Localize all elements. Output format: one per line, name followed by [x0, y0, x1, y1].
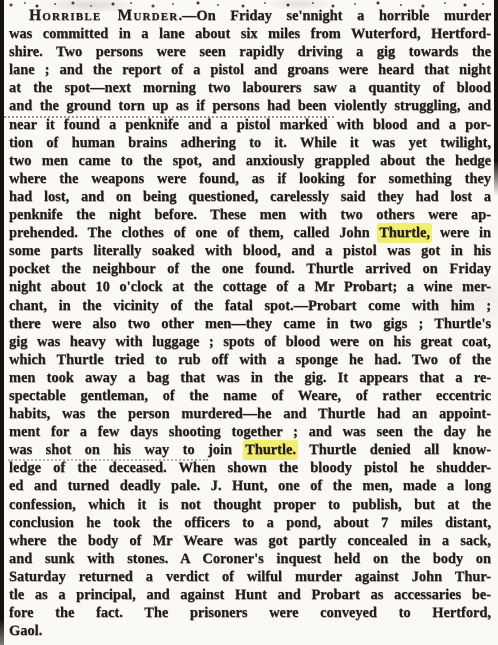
article-line: was shot on his way to join Thurtle. Thu… — [9, 441, 491, 459]
article-line: conclusion he took the officers to a pon… — [9, 514, 491, 532]
article-line: night about 10 o'clock at the cottage of… — [9, 278, 491, 296]
article-text: night about 10 o'clock at the cottage of… — [9, 279, 491, 295]
article-heading: Horrible Murder — [29, 7, 178, 24]
article-text: was shot on his way to join — [9, 442, 245, 458]
article-text: was committed in a lane about six miles … — [9, 26, 491, 42]
article-text: two men came to the spot, and anxiously … — [9, 153, 491, 169]
article-line: Horrible Murder.—On Friday se'nnight a h… — [9, 7, 491, 25]
article-body: Horrible Murder.—On Friday se'nnight a h… — [9, 7, 491, 640]
article-line: lane ; and the report of a pistol and gr… — [9, 61, 491, 79]
article-text: there were also two other men—they came … — [9, 316, 491, 332]
article-line: had lost, and on being questioned, carel… — [9, 188, 491, 206]
article-text: tion of human brains adhering to it. Whi… — [9, 135, 491, 151]
article-text: some parts literally soaked with blood, … — [9, 243, 491, 259]
article-text: men took away a bag that was in the gig.… — [9, 370, 491, 386]
article-text: ledge of the deceased. When shown the bl… — [9, 460, 491, 476]
article-text: confession, which it is not thought prop… — [9, 497, 491, 513]
article-text: near it found a penknife and a pistol ma… — [9, 117, 491, 133]
article-line: tion of human brains adhering to it. Whi… — [9, 134, 491, 152]
article-line: at the spot—next morning two labourers s… — [9, 79, 491, 97]
article-line: ledge of the deceased. When shown the bl… — [9, 459, 491, 477]
article-line: and sunk with stones. A Coroner's inques… — [9, 550, 491, 568]
article-line: some parts literally soaked with blood, … — [9, 242, 491, 260]
article-line: Gaol. — [9, 622, 491, 640]
left-column-rule — [0, 0, 4, 645]
article-line: near it found a penknife and a pistol ma… — [9, 116, 491, 134]
article-text: tle as a principal, and against Hunt and… — [9, 587, 491, 603]
article-line: two men came to the spot, and anxiously … — [9, 152, 491, 170]
article-line: which Thurtle tried to rub off with a sp… — [9, 351, 491, 369]
right-column-rule — [494, 0, 498, 196]
article-text: shire. Two persons were seen rapidly dri… — [9, 44, 491, 60]
article-text: Gaol. — [9, 623, 42, 639]
article-text: and sunk with stones. A Coroner's inques… — [9, 551, 491, 567]
article-line: ed and turned deadly pale. J. Hunt, one … — [9, 477, 491, 495]
article-line: where the body of Mr Weare was got partl… — [9, 532, 491, 550]
article-text: ed and turned deadly pale. J. Hunt, one … — [9, 478, 491, 494]
article-line: Saturday returned a verdict of wilful mu… — [9, 568, 491, 586]
article-text: fore the fact. The prisoners were convey… — [9, 605, 491, 621]
article-text: habits, was the person murdered—he and T… — [9, 406, 491, 422]
article-text: where the weapons were found, as if look… — [9, 171, 491, 187]
article-text: prehended. The clothes of one of them, c… — [9, 225, 379, 241]
article-text: at the spot—next morning two labourers s… — [9, 80, 491, 96]
article-text: spectable gentleman, of the name of Wear… — [9, 388, 491, 404]
highlighted-text: Thurtle. — [245, 442, 296, 458]
article-text: where the body of Mr Weare was got partl… — [9, 533, 491, 549]
highlighted-text: Thurtle, — [379, 225, 430, 241]
article-line: and the ground torn up as if persons had… — [9, 97, 491, 115]
article-line: was committed in a lane about six miles … — [9, 25, 491, 43]
article-line: habits, was the person murdered—he and T… — [9, 405, 491, 423]
scan-noise-speckles — [0, 1, 2, 3]
article-line: prehended. The clothes of one of them, c… — [9, 224, 491, 242]
article-text: Saturday returned a verdict of wilful mu… — [9, 569, 491, 585]
article-line: tle as a principal, and against Hunt and… — [9, 586, 491, 604]
article-text: pocket the neighbour of the one found. T… — [9, 261, 491, 277]
article-line: gig was heavy with luggage ; spots of bl… — [9, 333, 491, 351]
article-line: penknife the night before. These men wit… — [9, 206, 491, 224]
article-text: .—On Friday se'nnight a horrible murder — [178, 8, 491, 24]
article-line: men took away a bag that was in the gig.… — [9, 369, 491, 387]
article-text: lane ; and the report of a pistol and gr… — [9, 62, 491, 78]
article-text: and the ground torn up as if persons had… — [9, 98, 491, 114]
article-text: Thurtle denied all know- — [296, 442, 491, 458]
article-line: chant, in the vicinity of the fatal spot… — [9, 297, 491, 315]
article-text: chant, in the vicinity of the fatal spot… — [9, 298, 491, 314]
article-line: there were also two other men—they came … — [9, 315, 491, 333]
article-text: gig was heavy with luggage ; spots of bl… — [9, 334, 491, 350]
article-text: had lost, and on being questioned, carel… — [9, 189, 491, 205]
newspaper-clipping-page: Horrible Murder.—On Friday se'nnight a h… — [0, 0, 498, 645]
article-line: fore the fact. The prisoners were convey… — [9, 604, 491, 622]
article-text: which Thurtle tried to rub off with a sp… — [9, 352, 491, 368]
article-text: penknife the night before. These men wit… — [9, 207, 491, 223]
article-text: conclusion he took the officers to a pon… — [9, 515, 491, 531]
article-line: confession, which it is not thought prop… — [9, 496, 491, 514]
article-line: spectable gentleman, of the name of Wear… — [9, 387, 491, 405]
article-line: shire. Two persons were seen rapidly dri… — [9, 43, 491, 61]
article-line: pocket the neighbour of the one found. T… — [9, 260, 491, 278]
article-line: ment for a few days shooting together ; … — [9, 423, 491, 441]
article-text: ment for a few days shooting together ; … — [9, 424, 491, 440]
article-line: where the weapons were found, as if look… — [9, 170, 491, 188]
article-text: were in — [430, 225, 491, 241]
